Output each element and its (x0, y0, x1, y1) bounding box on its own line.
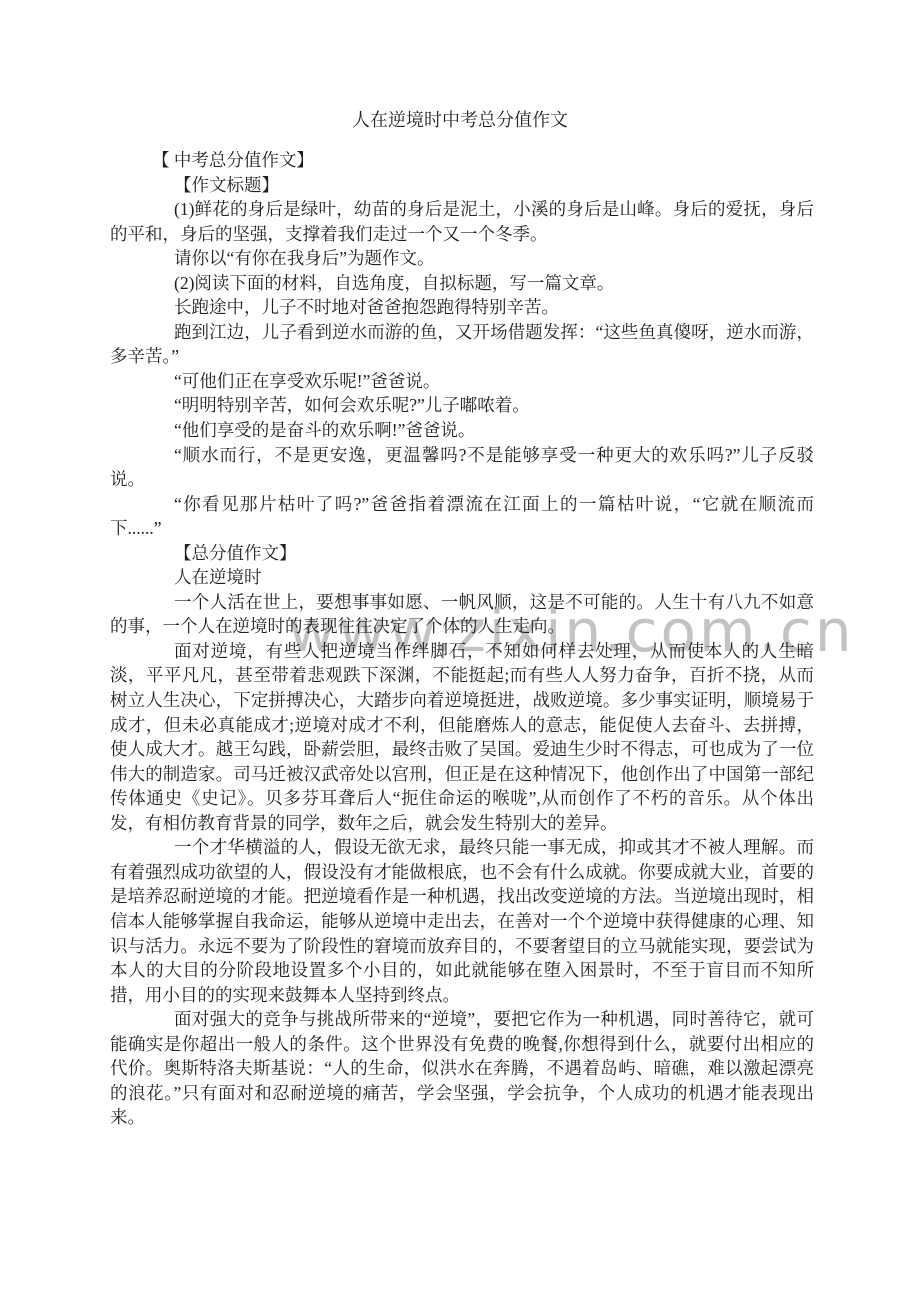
paragraph: “他们享受的是奋斗的欢乐啊!”爸爸说。 (110, 418, 814, 443)
paragraph: 面对逆境，有些人把逆境当作绊脚石，不知如何样去处理，从而使本人的人生暗淡，平平凡… (110, 639, 814, 835)
paragraph: (2)阅读下面的材料，自选角度，自拟标题，写一篇文章。 (110, 271, 814, 296)
paragraph: “明明特别辛苦，如何会欢乐呢?”儿子嘟哝着。 (110, 393, 814, 418)
paragraph: “你看见那片枯叶了吗?”爸爸指着漂流在江面上的一篇枯叶说，“它就在顺流而下...… (110, 492, 814, 541)
paragraph: 长跑途中，儿子不时地对爸爸抱怨跑得特别辛苦。 (110, 295, 814, 320)
paragraph: 一个人活在世上，要想事事如愿、一帆风顺，这是不可能的。人生十有八九不如意的事，一… (110, 590, 814, 639)
page-title: 人在逆境时中考总分值作文 (0, 106, 920, 132)
document-page: www.zixin.com.cn 人在逆境时中考总分值作文 【 中考总分值作文】… (0, 0, 920, 1302)
paragraph: 【 中考总分值作文】 (110, 148, 814, 173)
paragraph: 一个才华横溢的人，假设无欲无求，最终只能一事无成，抑或其才不被人理解。而有着强烈… (110, 835, 814, 1007)
paragraph: 跑到江边，儿子看到逆水而游的鱼，又开场借题发挥：“这些鱼真傻呀，逆水而游，多辛苦… (110, 320, 814, 369)
paragraph: 【作文标题】 (110, 173, 814, 198)
document-body: 【 中考总分值作文】【作文标题】(1)鲜花的身后是绿叶，幼苗的身后是泥土，小溪的… (110, 148, 814, 1130)
paragraph: “可他们正在享受欢乐呢!”爸爸说。 (110, 369, 814, 394)
paragraph: 请你以“有你在我身后”为题作文。 (110, 246, 814, 271)
paragraph: 面对强大的竞争与挑战所带来的“逆境”，要把它作为一种机遇，同时善待它，就可能确实… (110, 1007, 814, 1130)
paragraph: “顺水而行，不是更安逸，更温馨吗?不是能够享受一种更大的欢乐吗?”儿子反驳说。 (110, 443, 814, 492)
paragraph: 【总分值作文】 (110, 541, 814, 566)
paragraph: (1)鲜花的身后是绿叶，幼苗的身后是泥土，小溪的身后是山峰。身后的爱抚，身后的平… (110, 197, 814, 246)
paragraph: 人在逆境时 (110, 565, 814, 590)
